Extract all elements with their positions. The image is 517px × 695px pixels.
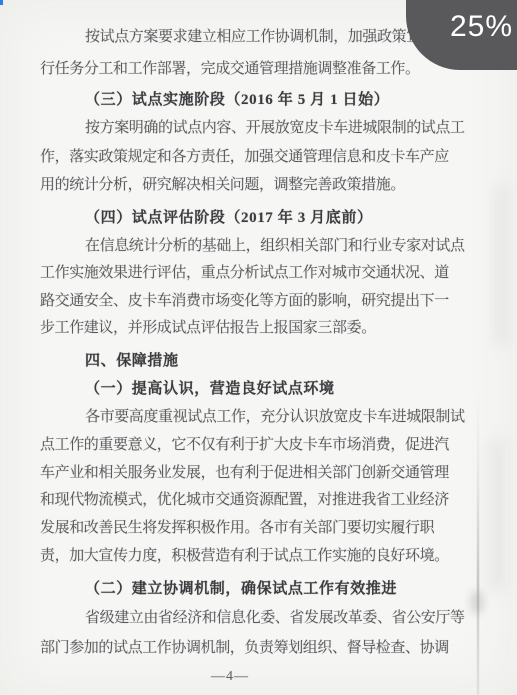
doc-line: 工作实施效果进行评估，重点分析试点工作对城市交通状况、道	[40, 263, 449, 283]
scan-smudge	[470, 590, 484, 614]
zoom-level-label: 25%	[450, 10, 513, 44]
doc-line: 车产业和相关服务业发展，也有利于促进相关部门创新交通管理	[40, 463, 449, 483]
section-heading: 四、保障措施	[85, 351, 179, 371]
doc-line: 发展和改善民生将发挥积极作用。各市有关部门要切实履行职	[40, 518, 434, 538]
doc-line: 责，加大宣传力度，积极营造有利于试点工作实施的良好环境。	[40, 546, 449, 566]
doc-line: 在信息统计分析的基础上，组织相关部门和行业专家对试点	[85, 236, 465, 256]
doc-line: 部门参加的试点工作协调机制，负责筹划组织、督导检查、协调	[40, 638, 449, 658]
doc-line: 按方案明确的试点内容、开展放宽皮卡车进城限制的试点工	[85, 118, 465, 138]
scan-crease-line	[477, 392, 479, 695]
doc-line: 路交通安全、皮卡车消费市场变化等方面的影响，研究提出下一	[40, 291, 449, 311]
scan-smudge	[488, 440, 506, 590]
doc-line: 和现代物流模式，优化城市交通资源配置，对推进我省工业经济	[40, 490, 449, 510]
zoom-level-badge: 25%	[406, 0, 517, 70]
doc-line: 步工作建议，并形成试点评估报告上报国家三部委。	[40, 318, 376, 338]
page-number: —4—	[0, 669, 460, 685]
section-heading: （三）试点实施阶段（2016 年 5 月 1 日始）	[85, 90, 389, 110]
scan-corner-artifact	[0, 0, 3, 5]
doc-line: 行任务分工和工作部署，完成交通管理措施调整准备工作。	[40, 59, 420, 79]
section-heading: （四）试点评估阶段（2017 年 3 月底前）	[85, 208, 373, 228]
section-heading: （一）提高认识，营造良好试点环境	[85, 379, 335, 399]
doc-line: 作，落实政策规定和各方责任，加强交通管理信息和皮卡车产应	[40, 147, 449, 167]
doc-line: 各市要高度重视试点工作，充分认识放宽皮卡车进城限制试	[85, 407, 465, 427]
document-page[interactable]: 按试点方案要求建立相应工作协调机制，加强政策宣传，进 行任务分工和工作部署，完成…	[0, 0, 517, 695]
scan-smudge	[494, 185, 508, 345]
doc-line: 点工作的重要意义，它不仅有利于扩大皮卡车市场消费，促进汽	[40, 435, 449, 455]
section-heading: （二）建立协调机制，确保试点工作有效推进	[85, 579, 397, 599]
doc-line: 省级建立由省经济和信息化委、省发展改革委、省公安厅等	[85, 608, 465, 628]
doc-line: 用的统计分析，研究解决相关问题，调整完善政策措施。	[40, 175, 405, 195]
